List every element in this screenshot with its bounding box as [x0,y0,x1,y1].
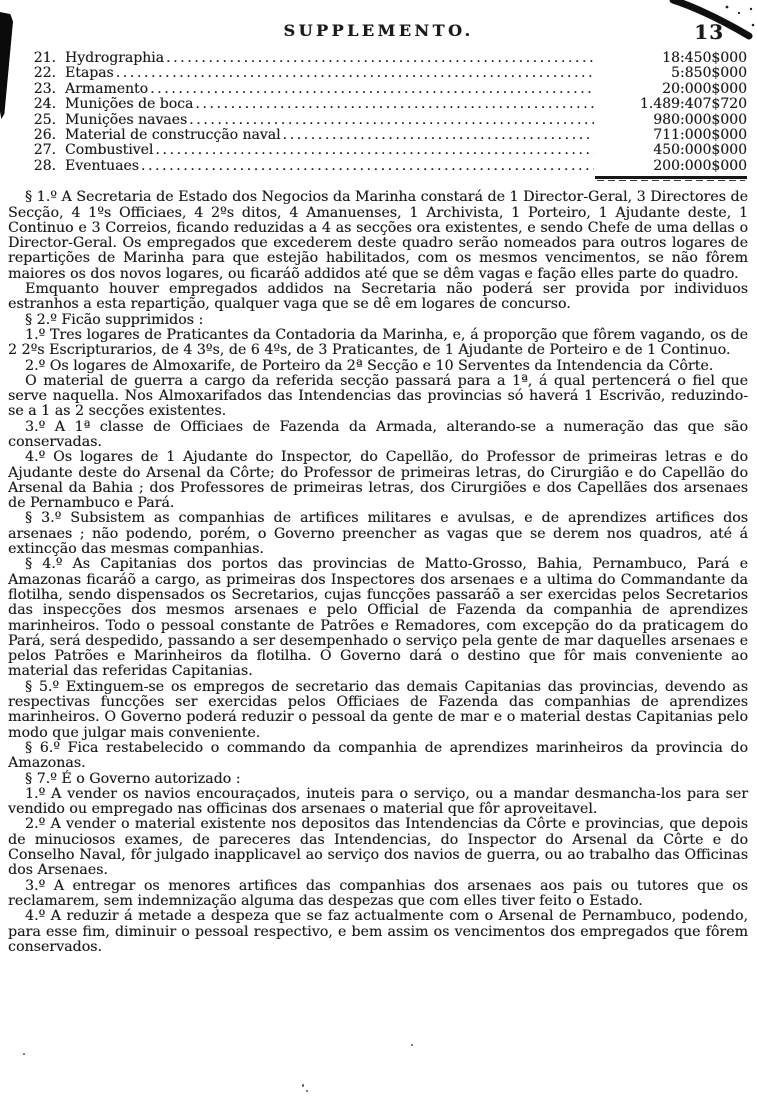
paragraph-s2: § 2.º Ficão supprimidos : [8,313,748,328]
ink-speck [23,1053,25,1055]
item-number: 22. [27,66,56,81]
item-value: 980:000$000 [599,113,747,128]
item-label: Eventuaes [65,159,139,174]
page-header-title: SUPPLEMENTO. [283,21,473,40]
paragraph-s7-item1: 1.º A vender os navios encouraçados, inu… [8,787,748,818]
paragraph-s3: § 3.º Subsistem as companhias de artific… [8,511,748,557]
corner-ink-mark [665,0,757,43]
ink-speck [411,1044,413,1046]
item-label: Etapas [65,66,114,81]
item-label: Munições navaes [65,113,187,128]
paragraph-s2-item3: 3.º A 1ª classe de Officiaes de Fazenda … [8,420,748,451]
article-body: § 1.º A Secretaria de Estado dos Negocio… [8,190,748,955]
item-number: 27. [27,143,56,158]
item-label: Combustivel [65,143,153,158]
paragraph-s7-item3: 3.º A entregar os menores artifices das … [8,879,748,910]
item-label: Hydrographia [65,51,164,66]
budget-row: 26. Material de construcção naval 711:00… [27,128,747,143]
budget-row: 27. Combustivel 450:000$000 [27,143,747,158]
ink-speck [302,1084,304,1087]
budget-list: 21. Hydrographia 18:450$000 22. Etapas 5… [27,51,747,181]
item-label: Munições de boca [65,97,193,112]
budget-row: 25. Munições navaes 980:000$000 [27,113,747,128]
paragraph-s2-item4: 4.º Os logares de 1 Ajudante do Inspecto… [8,450,748,511]
item-value: 1.489:407$720 [599,97,747,112]
budget-row: 23. Armamento 20:000$000 [27,82,747,97]
item-value: 711:000$000 [599,128,747,143]
item-value: 5:850$000 [599,66,747,81]
item-label: Armamento [65,82,148,97]
totals-rule-shadow [597,180,745,181]
item-value: 18:450$000 [599,51,747,66]
totals-rule [595,176,747,179]
paragraph-s2-item2: 2.º Os logares de Almoxarife, de Porteir… [8,359,748,374]
item-number: 24. [27,97,56,112]
item-value: 450:000$000 [599,143,747,158]
budget-row: 21. Hydrographia 18:450$000 [27,51,747,66]
dot-leader [141,159,594,174]
paragraph-s4: § 4.º As Capitanias dos portos das provi… [8,557,748,679]
item-number: 21. [27,51,56,66]
paragraph-s7-item4: 4.º A reduzir á metade a despeza que se … [8,909,748,955]
item-value: 20:000$000 [599,82,747,97]
dot-leader [155,143,594,158]
page-header: SUPPLEMENTO. 13 [0,0,757,43]
paragraph-s1-note: Emquanto houver empregados addidos na Se… [8,282,748,313]
item-number: 25. [27,113,56,128]
scanned-document-page: SUPPLEMENTO. 13 21. Hydrographia 18:450$… [0,0,757,1113]
dot-leader [116,66,594,81]
paragraph-s1: § 1.º A Secretaria de Estado dos Negocio… [8,190,748,282]
paragraph-s6: § 6.º Fica restabelecido o commando da c… [8,741,748,772]
ink-speck [306,1090,308,1092]
budget-row: 22. Etapas 5:850$000 [27,66,747,81]
paragraph-s7-item2: 2.º A vender o material existente nos de… [8,817,748,878]
budget-row: 24. Munições de boca 1.489:407$720 [27,97,747,112]
item-value: 200:000$000 [599,159,747,174]
dot-leader [189,113,594,128]
paragraph-s2-item1: 1.º Tres logares de Praticantes da Conta… [8,328,748,359]
dot-leader [150,82,594,97]
item-number: 28. [27,159,56,174]
item-number: 23. [27,82,56,97]
item-label: Material de construcção naval [65,128,281,143]
dot-leader [166,51,594,66]
dot-leader [195,97,594,112]
dot-leader [283,128,594,143]
paragraph-s2-item2-note: O material de guerra a cargo da referida… [8,374,748,420]
paragraph-s5: § 5.º Extinguem-se os empregos de secret… [8,680,748,741]
budget-row: 28. Eventuaes 200:000$000 [27,159,747,174]
paragraph-s7: § 7.º É o Governo autorizado : [8,772,748,787]
item-number: 26. [27,128,56,143]
